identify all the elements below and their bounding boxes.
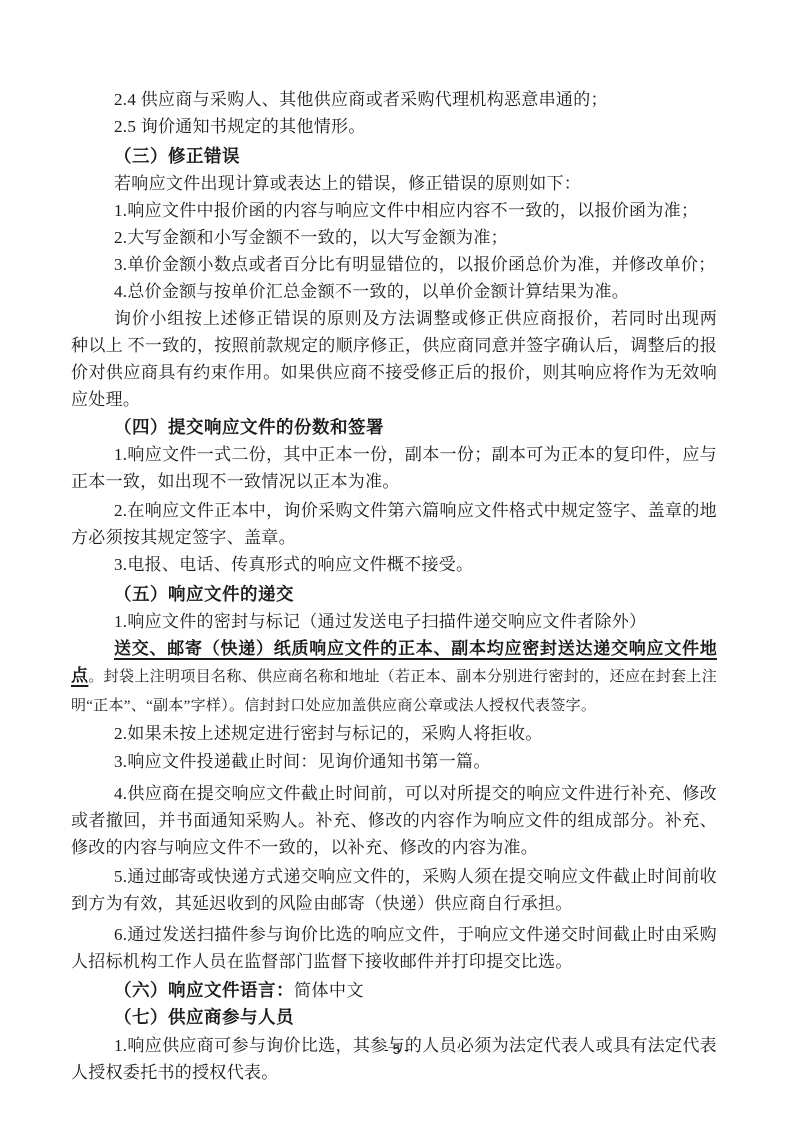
clause-2-4: 2.4 供应商与采购人、其他供应商或者采购代理机构恶意串通的； (71, 86, 717, 113)
page-content: 2.4 供应商与采购人、其他供应商或者采购代理机构恶意串通的； 2.5 询价通知… (71, 86, 717, 1086)
section-6-value: 简体中文 (294, 981, 364, 1000)
copies-clause-1: 1.响应文件一式二份，其中正本一份，副本一份；副本可为正本的复印件，应与正本一致… (71, 441, 717, 495)
clause-2-5: 2.5 询价通知书规定的其他情形。 (71, 113, 717, 140)
copies-clause-2: 2.在响应文件正本中，询价采购文件第六篇响应文件格式中规定签字、盖章的地方必须按… (71, 497, 717, 551)
delivery-clause-5: 5.通过邮寄或快递方式递交响应文件的，采购人须在提交响应文件截止时间前收到方为有… (71, 863, 717, 917)
section-6-label: （六）响应文件语言： (114, 980, 294, 1000)
document-page: 2.4 供应商与采购人、其他供应商或者采购代理机构恶意串通的； 2.5 询价通知… (0, 0, 793, 1122)
delivery-clause-6: 6.通过发送扫描件参与询价比选的响应文件，于响应文件递交时间截止时由采购人招标机… (71, 921, 717, 975)
delivery-clause-2: 2.如果未按上述规定进行密封与标记的，采购人将拒收。 (71, 720, 717, 747)
correction-procedure: 询价小组按上述修正错误的原则及方法调整或修正供应商报价，若同时出现两种以上 不一… (71, 305, 717, 413)
section-3-heading: （三）修正错误 (71, 143, 717, 170)
correction-rule-4: 4.总价金额与按单价汇总金额不一致的，以单价金额计算结果为准。 (71, 278, 717, 305)
correction-rule-1: 1.响应文件中报价函的内容与响应文件中相应内容不一致的，以报价函为准； (71, 197, 717, 224)
delivery-sealing-note: 送交、邮寄（快递）纸质响应文件的正本、副本均应密封送达递交响应文件地点。封袋上注… (71, 635, 717, 720)
correction-rule-3: 3.单价金额小数点或者百分比有明显错位的，以报价函总价为准，并修改单价； (71, 251, 717, 278)
page-number: - 5 - (0, 1041, 793, 1057)
correction-intro: 若响应文件出现计算或表达上的错误，修正错误的原则如下： (71, 170, 717, 197)
section-5-heading: （五）响应文件的递交 (71, 581, 717, 608)
section-7-heading: （七）供应商参与人员 (71, 1004, 717, 1031)
section-6-heading: （六）响应文件语言：简体中文 (71, 977, 717, 1004)
delivery-clause-3: 3.响应文件投递截止时间：见询价通知书第一篇。 (71, 748, 717, 775)
section-4-heading: （四）提交响应文件的份数和签署 (71, 414, 717, 441)
delivery-clause-4: 4.供应商在提交响应文件截止时间前，可以对所提交的响应文件进行补充、修改或者撤回… (71, 780, 717, 861)
correction-rule-2: 2.大写金额和小写金额不一致的，以大写金额为准； (71, 224, 717, 251)
sealing-requirement-detail: 。封袋上注明项目名称、供应商名称和地址（若正本、副本分别进行密封的，还应在封套上… (71, 669, 717, 714)
delivery-clause-1: 1.响应文件的密封与标记（通过发送电子扫描件递交响应文件者除外） (71, 608, 717, 635)
copies-clause-3: 3.电报、电话、传真形式的响应文件概不接受。 (71, 551, 717, 578)
